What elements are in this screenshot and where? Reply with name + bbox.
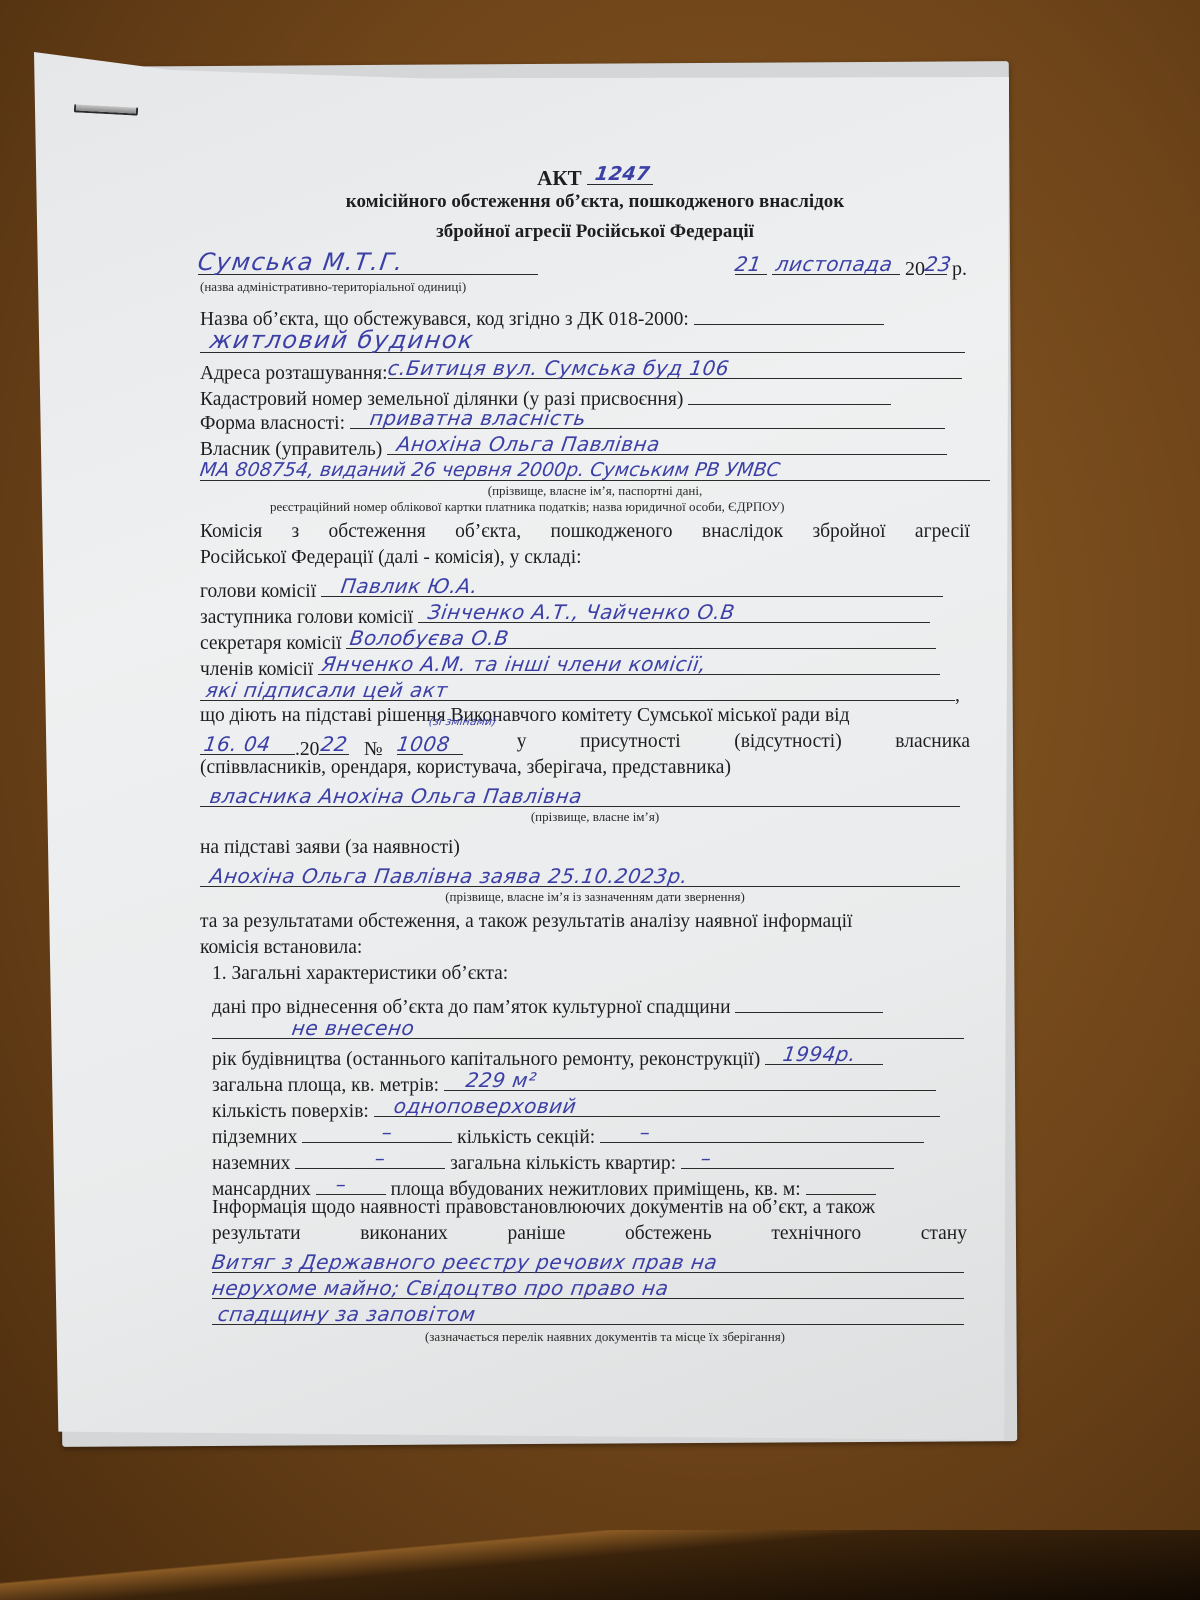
results-line-1: та за результатами обстеження, а також р…	[200, 912, 852, 932]
attic-row: мансардних – площа вбудованих нежитлових…	[212, 1172, 876, 1200]
commission-members-row: членів комісії Янченко А.М. та інші член…	[200, 652, 940, 680]
area-field: 229 м²	[444, 1068, 936, 1091]
ownership-field: приватна власність	[350, 406, 945, 429]
apartments-field: –	[681, 1146, 894, 1169]
cadastral-field	[688, 382, 891, 405]
object-name-field: житловий будинок	[200, 326, 965, 353]
docs-line-2: результати виконаних раніше обстежень те…	[212, 1224, 967, 1244]
commission-secretary-field: Волобуєва О.В	[346, 626, 936, 649]
attic-field: –	[316, 1172, 386, 1195]
floors-field: одноповерховий	[374, 1094, 940, 1117]
docs-line-1: Інформація щодо наявності правовстановлю…	[212, 1198, 875, 1218]
floors-row: кількість поверхів: одноповерховий	[212, 1094, 940, 1122]
year-row: рік будівництва (останнього капітального…	[212, 1042, 883, 1070]
commission-head-row: голови комісії Павлик Ю.А.	[200, 574, 943, 602]
heritage-field: не внесено	[212, 1014, 964, 1039]
date-month-field: листопада	[772, 252, 900, 275]
aboveground-field: –	[295, 1146, 445, 1169]
admin-unit-field: Сумська М.Т.Г.	[198, 248, 538, 275]
title-line-2: збройної агресії Російської Федерації	[200, 222, 990, 241]
underground-field: –	[302, 1120, 452, 1143]
heritage-value-row: не внесено	[212, 1014, 964, 1044]
year-field: 1994р.	[765, 1042, 883, 1065]
application-label: на підставі заяви (за наявності)	[200, 838, 460, 858]
decision-year-field: 22	[319, 732, 349, 755]
docs-field-2: нерухоме майно; Свідоцтво про право на	[212, 1272, 964, 1299]
commission-deputy-row: заступника голови комісії Зінченко А.Т.,…	[200, 600, 930, 628]
commission-intro-line-2: Російської Федерації (далі - комісія), у…	[200, 548, 582, 568]
nonresidential-field	[806, 1172, 876, 1195]
date-year-field: 23	[925, 252, 947, 275]
commission-members-field-2: які підписали цей акт	[200, 678, 955, 701]
docs-field-3: спадщину за заповітом	[212, 1298, 964, 1325]
present-field: власника Анохіна Ольга Павлівна	[200, 780, 960, 807]
table-edge	[0, 1530, 1200, 1600]
owner-passport-row: МА 808754, виданий 26 червня 2000р. Сумс…	[200, 456, 990, 486]
sections-field: –	[600, 1120, 924, 1143]
date-day-field: 21	[735, 252, 767, 275]
owner-passport-field: МА 808754, виданий 26 червня 2000р. Сумс…	[200, 456, 990, 481]
commission-members-field: Янченко А.М. та інші члени комісії,	[318, 652, 940, 675]
results-line-2: комісія встановила:	[200, 938, 362, 958]
act-heading: АКТ 1247	[200, 162, 990, 189]
decision-number-note: (зі змінами)	[425, 716, 498, 754]
decision-line-3: (співвласників, орендаря, користувача, з…	[200, 758, 731, 778]
owner-field: Анохіна Ольга Павлівна	[387, 432, 947, 455]
ownership-row: Форма власності: приватна власність	[200, 406, 945, 434]
commission-intro-line-1: Комісія з обстеження об’єкта, пошкоджено…	[200, 522, 970, 542]
object-name-value-row: житловий будинок	[200, 326, 965, 358]
characteristics-title: 1. Загальні характеристики об’єкта:	[212, 964, 508, 984]
owner-caption-2: реєстраційний номер облікової картки пла…	[270, 500, 784, 513]
owner-caption-1: (прізвище, власне ім’я, паспортні дані,	[200, 484, 990, 497]
commission-head-field: Павлик Ю.А.	[321, 574, 943, 597]
decision-line-1: що діють на підставі рішення Виконавчого…	[200, 706, 850, 726]
decision-line-2: 16. 04.2022 № 1008(зі змінами) у присутн…	[200, 732, 970, 760]
date-row: 21 листопада 2023 р.	[735, 252, 967, 279]
application-row: Анохіна Ольга Павлівна заява 25.10.2023р…	[200, 860, 960, 892]
docs-caption: (зазначається перелік наявних документів…	[210, 1330, 1000, 1343]
present-caption: (прізвище, власне ім’я)	[200, 810, 990, 823]
underground-row: підземних – кількість секцій: –	[212, 1120, 924, 1148]
application-caption: (прізвище, власне ім’я із зазначенням да…	[200, 890, 990, 903]
application-field: Анохіна Ольга Павлівна заява 25.10.2023р…	[200, 860, 960, 887]
commission-secretary-row: секретаря комісії Волобуєва О.В	[200, 626, 936, 654]
aboveground-row: наземних – загальна кількість квартир: –	[212, 1146, 894, 1174]
admin-unit-caption: (назва адміністративно-територіальної од…	[200, 280, 466, 293]
address-row: Адреса розташування:с.Битиця вул. Сумськ…	[200, 356, 962, 384]
decision-number-field: 1008(зі змінами)	[397, 732, 463, 755]
present-row: власника Анохіна Ольга Павлівна	[200, 780, 960, 812]
admin-unit-row: Сумська М.Т.Г.	[198, 248, 538, 280]
docs-field-1: Витяг з Державного реєстру речових прав …	[212, 1246, 964, 1273]
commission-deputy-field: Зінченко А.Т., Чайченко О.В	[418, 600, 930, 623]
act-number-field: 1247	[587, 162, 653, 185]
area-row: загальна площа, кв. метрів: 229 м²	[212, 1068, 936, 1096]
decision-date-field: 16. 04	[200, 732, 295, 755]
commission-members-row-2: які підписали цей акт,	[200, 678, 960, 706]
title-line-1: комісійного обстеження об’єкта, пошкодже…	[200, 192, 990, 211]
docs-value-row-3: спадщину за заповітом	[212, 1298, 964, 1330]
address-field: с.Битиця вул. Сумська буд 106	[388, 356, 962, 379]
